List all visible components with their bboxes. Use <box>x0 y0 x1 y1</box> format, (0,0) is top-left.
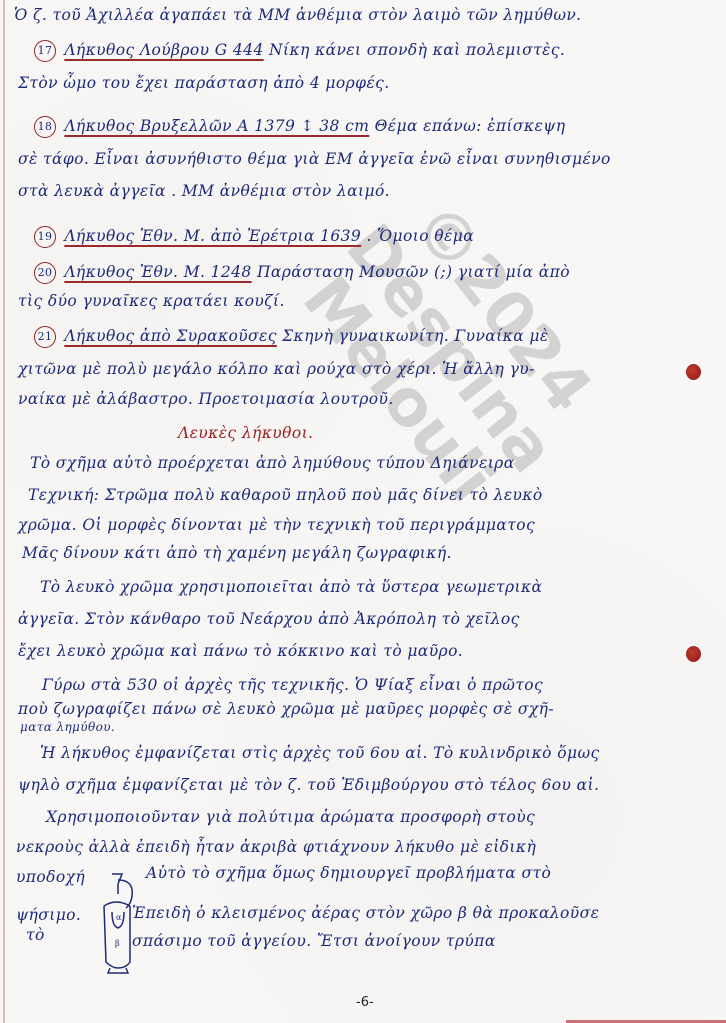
text-line: χιτῶνα μὲ πολὺ μεγάλο κόλπο καὶ ρούχα στ… <box>18 360 535 378</box>
entry-title: Λήκυθος Ἐθν. Μ. ἀπὸ Ἐρέτρια 1639 <box>64 227 361 245</box>
text-line: χρῶμα. Οἱ μορφὲς δίνονται μὲ τὴν τεχνικὴ… <box>18 516 535 534</box>
line-text: ψήσιμο. <box>16 906 81 924</box>
text-line: στὰ λευκὰ ἀγγεῖα . ΜΜ ἀνθέμια στὸν λαιμό… <box>18 182 390 200</box>
entry-title: Λήκυθος Βρυξελλῶν Α 1379 ↕ 38 cm <box>64 117 369 135</box>
text-line: Χρησιμοποιοῦνταν γιὰ πολύτιμα ἀρώματα πρ… <box>46 808 535 826</box>
text-line: Ἡ λήκυθος ἐμφανίζεται στὶς ἀρχὲς τοῦ 6ου… <box>40 744 600 762</box>
heading-text: Λευκὲς λήκυθοι. <box>178 424 313 442</box>
line-text: υποδοχή <box>16 868 85 886</box>
text-line: ποὺ ζωγραφίζει πάνω σὲ λευκὸ χρῶμα μὲ μα… <box>18 700 554 718</box>
text-line: τὸ <box>26 926 45 944</box>
line-text: χιτῶνα μὲ πολὺ μεγάλο κόλπο καὶ ρούχα στ… <box>18 360 535 378</box>
text-line: σπάσιμο τοῦ ἀγγείου. Ἔτσι ἀνοίγουν τρύπα <box>132 932 496 950</box>
text-line: υποδοχή <box>16 868 85 886</box>
line-text: τὸ <box>26 926 45 944</box>
entry-text: Σκηνὴ γυναικωνίτη. Γυναίκα μὲ <box>282 327 548 345</box>
line-text: Ὁ ζ. τοῦ Ἀχιλλέα ἀγαπάει τὰ ΜΜ ἀνθέμια σ… <box>14 6 582 24</box>
entry-20: 20 Λήκυθος Ἐθν. Μ. 1248 Παράσταση Μουσῶν… <box>34 262 570 284</box>
text-line: Ἐπειδὴ ὁ κλεισμένος ἀέρας στὸν χῶρο β θὰ… <box>132 904 599 922</box>
line-text: ματα λημύθου. <box>20 720 115 734</box>
line-text: Τὸ σχῆμα αὐτὸ προέρχεται ἀπὸ λημύθους τύ… <box>30 454 515 472</box>
text-line: ναίκα μὲ ἀλάβαστρο. Προετοιμασία λουτροῦ… <box>18 390 394 408</box>
line-text: στὰ λευκὰ ἀγγεῖα . ΜΜ ἀνθέμια στὸν λαιμό… <box>18 182 390 200</box>
text-line: Τὸ σχῆμα αὐτὸ προέρχεται ἀπὸ λημύθους τύ… <box>30 454 515 472</box>
line-text: Γύρω στὰ 530 οἱ ἀρχὲς τῆς τεχνικῆς. Ὁ Ψί… <box>42 676 543 694</box>
line-text: ἀγγεῖα. Στὸν κάνθαρο τοῦ Νεάρχου ἀπὸ Ἀκρ… <box>18 610 520 628</box>
line-text: τὶς δύο γυναῖκες κρατάει κουζί. <box>18 292 285 310</box>
entry-title: Λήκυθος ἀπὸ Συρακοῦσες <box>64 327 277 345</box>
text-line: τὶς δύο γυναῖκες κρατάει κουζί. <box>18 292 285 310</box>
red-marker <box>686 646 701 662</box>
text-line: Στὸν ὦμο του ἔχει παράσταση ἀπὸ 4 μορφές… <box>18 74 390 92</box>
line-text: σπάσιμο τοῦ ἀγγείου. Ἔτσι ἀνοίγουν τρύπα <box>132 932 496 950</box>
line-text: νεκροὺς ἀλλὰ ἐπειδὴ ἦταν ἀκριβὰ φτιάχνου… <box>16 838 536 856</box>
notebook-page: ©2024 Despina Melouli Ὁ ζ. τοῦ Ἀχιλλέα ἀ… <box>0 0 726 1023</box>
text-line: ψηλὸ σχῆμα ἐμφανίζεται μὲ τὸν ζ. τοῦ Ἐδι… <box>18 776 599 794</box>
entry-number: 18 <box>34 116 56 138</box>
text-line: Μᾶς δίνουν κάτι ἀπὸ τὴ χαμένη μεγάλη ζωγ… <box>22 544 452 562</box>
entry-text: Παράσταση Μουσῶν (;) γιατί μία ἀπὸ <box>257 263 570 281</box>
line-text: ποὺ ζωγραφίζει πάνω σὲ λευκὸ χρῶμα μὲ μα… <box>18 700 554 718</box>
line-text: ἔχει λευκὸ χρῶμα καὶ πάνω τὸ κόκκινο καὶ… <box>18 642 463 660</box>
margin-line <box>3 0 5 1023</box>
text-line: Γύρω στὰ 530 οἱ ἀρχὲς τῆς τεχνικῆς. Ὁ Ψί… <box>42 676 543 694</box>
text-line: ἔχει λευκὸ χρῶμα καὶ πάνω τὸ κόκκινο καὶ… <box>18 642 463 660</box>
entry-title: Λήκυθος Λούβρου G 444 <box>64 41 263 59</box>
entry-text: Νίκη κάνει σπονδὴ καὶ πολεμιστὲς. <box>269 41 565 59</box>
line-text: Στὸν ὦμο του ἔχει παράσταση ἀπὸ 4 μορφές… <box>18 74 390 92</box>
line-text: Ἡ λήκυθος ἐμφανίζεται στὶς ἀρχὲς τοῦ 6ου… <box>40 744 600 762</box>
section-heading: Λευκὲς λήκυθοι. <box>178 424 313 442</box>
sketch-label: α <box>116 913 122 922</box>
line-text: Μᾶς δίνουν κάτι ἀπὸ τὴ χαμένη μεγάλη ζωγ… <box>22 544 452 562</box>
text-line: Αὐτὸ τὸ σχῆμα ὅμως δημιουργεῖ προβλήματα… <box>146 864 551 882</box>
sketch-label: β <box>115 939 120 948</box>
line-text: ναίκα μὲ ἀλάβαστρο. Προετοιμασία λουτροῦ… <box>18 390 394 408</box>
text-line: νεκροὺς ἀλλὰ ἐπειδὴ ἦταν ἀκριβὰ φτιάχνου… <box>16 838 536 856</box>
entry-21: 21 Λήκυθος ἀπὸ Συρακοῦσες Σκηνὴ γυναικων… <box>34 326 549 348</box>
entry-text: Θέμα επάνω: ἐπίσκεψη <box>375 117 566 135</box>
text-line: ψήσιμο. <box>16 906 81 924</box>
line-text: χρῶμα. Οἱ μορφὲς δίνονται μὲ τὴν τεχνικὴ… <box>18 516 535 534</box>
text-line: Τὸ λευκὸ χρῶμα χρησιμοποιεῖται ἀπὸ τὰ ὕσ… <box>40 578 542 596</box>
line-text: Αὐτὸ τὸ σχῆμα ὅμως δημιουργεῖ προβλήματα… <box>146 864 551 882</box>
text-line: Τεχνική: Στρῶμα πολὺ καθαροῦ πηλοῦ ποὺ μ… <box>28 486 543 504</box>
entry-number: 21 <box>34 326 56 348</box>
line-text: ψηλὸ σχῆμα ἐμφανίζεται μὲ τὸν ζ. τοῦ Ἐδι… <box>18 776 599 794</box>
entry-title: Λήκυθος Ἐθν. Μ. 1248 <box>64 263 251 281</box>
text-line: ματα λημύθου. <box>20 720 115 734</box>
entry-number: 20 <box>34 262 56 284</box>
line-text: Ἐπειδὴ ὁ κλεισμένος ἀέρας στὸν χῶρο β θὰ… <box>132 904 599 922</box>
line-text: Τὸ λευκὸ χρῶμα χρησιμοποιεῖται ἀπὸ τὰ ὕσ… <box>40 578 542 596</box>
page-number: -6- <box>356 995 374 1010</box>
text-line: ἀγγεῖα. Στὸν κάνθαρο τοῦ Νεάρχου ἀπὸ Ἀκρ… <box>18 610 520 628</box>
text-line: Ὁ ζ. τοῦ Ἀχιλλέα ἀγαπάει τὰ ΜΜ ἀνθέμια σ… <box>14 6 582 24</box>
entry-number: 19 <box>34 226 56 248</box>
line-text: Χρησιμοποιοῦνταν γιὰ πολύτιμα ἀρώματα πρ… <box>46 808 535 826</box>
entry-17: 17 Λήκυθος Λούβρου G 444 Νίκη κάνει σπον… <box>34 40 565 62</box>
entry-text: . Ὅμοιο θέμα <box>367 227 475 245</box>
entry-19: 19 Λήκυθος Ἐθν. Μ. ἀπὸ Ἐρέτρια 1639 . Ὅμ… <box>34 226 474 248</box>
line-text: Τεχνική: Στρῶμα πολὺ καθαροῦ πηλοῦ ποὺ μ… <box>28 486 543 504</box>
red-marker <box>686 364 701 380</box>
entry-18: 18 Λήκυθος Βρυξελλῶν Α 1379 ↕ 38 cm Θέμα… <box>34 116 565 138</box>
lekythos-sketch-icon: α β <box>98 872 142 976</box>
line-text: σὲ τάφο. Εἶναι ἀσυνήθιστο θέμα γιὰ ΕΜ ἀγ… <box>18 150 611 168</box>
text-line: σὲ τάφο. Εἶναι ἀσυνήθιστο θέμα γιὰ ΕΜ ἀγ… <box>18 150 611 168</box>
entry-number: 17 <box>34 40 56 62</box>
